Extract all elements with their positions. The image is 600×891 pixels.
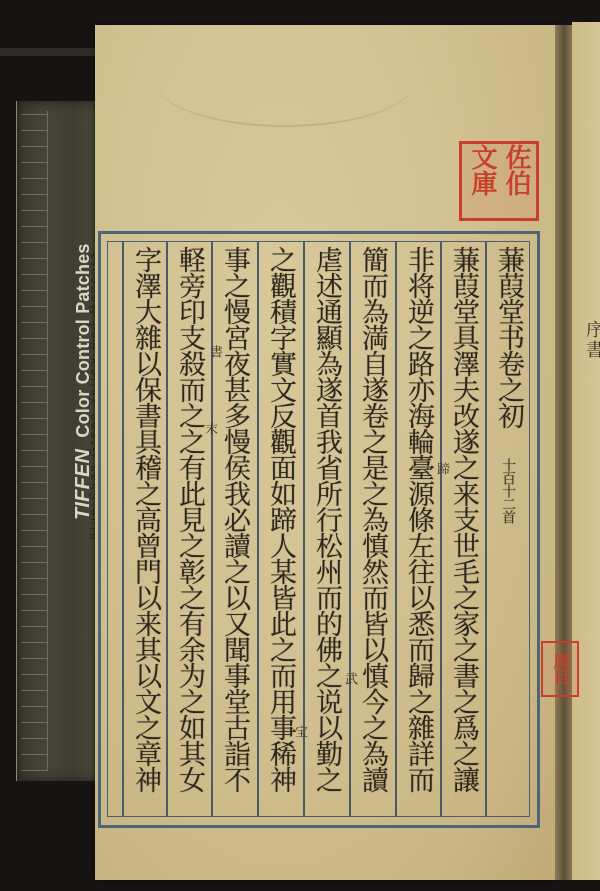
column-divider — [440, 241, 442, 817]
margin-note: 末 — [200, 422, 219, 435]
text-column-8: 軽旁印支殺而之之有此見之彰之有余为之如其女以慎之三之言 — [169, 246, 209, 812]
ruler-tick-line — [47, 111, 48, 771]
column-divider — [122, 241, 124, 817]
text-column-7: 事之慢宮夜甚多慢侯我必讀之以又聞事堂古詣不 — [214, 246, 254, 812]
text-column-3: 非将逆之路亦海輪臺源條左往以悉而歸之雜詳而實經 — [398, 246, 438, 812]
margin-note: 蹄 — [432, 462, 451, 475]
text-column-1: 蒹葭堂书卷之初 十百十二首 — [488, 246, 528, 812]
water-stain — [155, 35, 415, 127]
ruler-ticks — [21, 111, 47, 771]
text-column-2: 蒹葭堂具澤夫改遂之来支世毛之家之書之爲之讓之而胃盛行 — [443, 246, 483, 812]
collector-seal-main: 佐伯文庫 — [459, 141, 539, 221]
column-divider — [166, 241, 168, 817]
ruler-shadow-band — [0, 48, 96, 56]
scan-scene: TIFFEN Color Control Patches Blue Cyan G… — [0, 0, 600, 891]
column-divider — [485, 241, 487, 817]
column-divider — [395, 241, 397, 817]
text-column-5: 虐述通顯為遂首我省所行松州而的佛之说以勤之其妇文族 — [306, 246, 346, 812]
text-column-9: 字澤大雜以保書具稽之高曾門以来其以文之章神第與澤 — [125, 246, 165, 812]
book-gutter — [555, 25, 573, 880]
column-text: 蒹葭堂书卷之初 — [493, 246, 524, 428]
column-divider — [257, 241, 259, 817]
column-annotation: 十百十二首 — [500, 458, 516, 523]
text-column-4: 簡而為満自遂卷之是之為慎然而皆以慎今之為讀之不然 — [352, 246, 392, 812]
next-page-edge — [572, 22, 600, 880]
margin-note: 書 — [205, 345, 224, 358]
margin-note: 武 — [340, 672, 359, 685]
collector-seal-small: 周目 — [541, 641, 579, 697]
margin-note: 宝 — [290, 725, 309, 738]
column-divider — [349, 241, 351, 817]
column-divider — [211, 241, 213, 817]
next-page-text: 序書 — [580, 320, 600, 360]
